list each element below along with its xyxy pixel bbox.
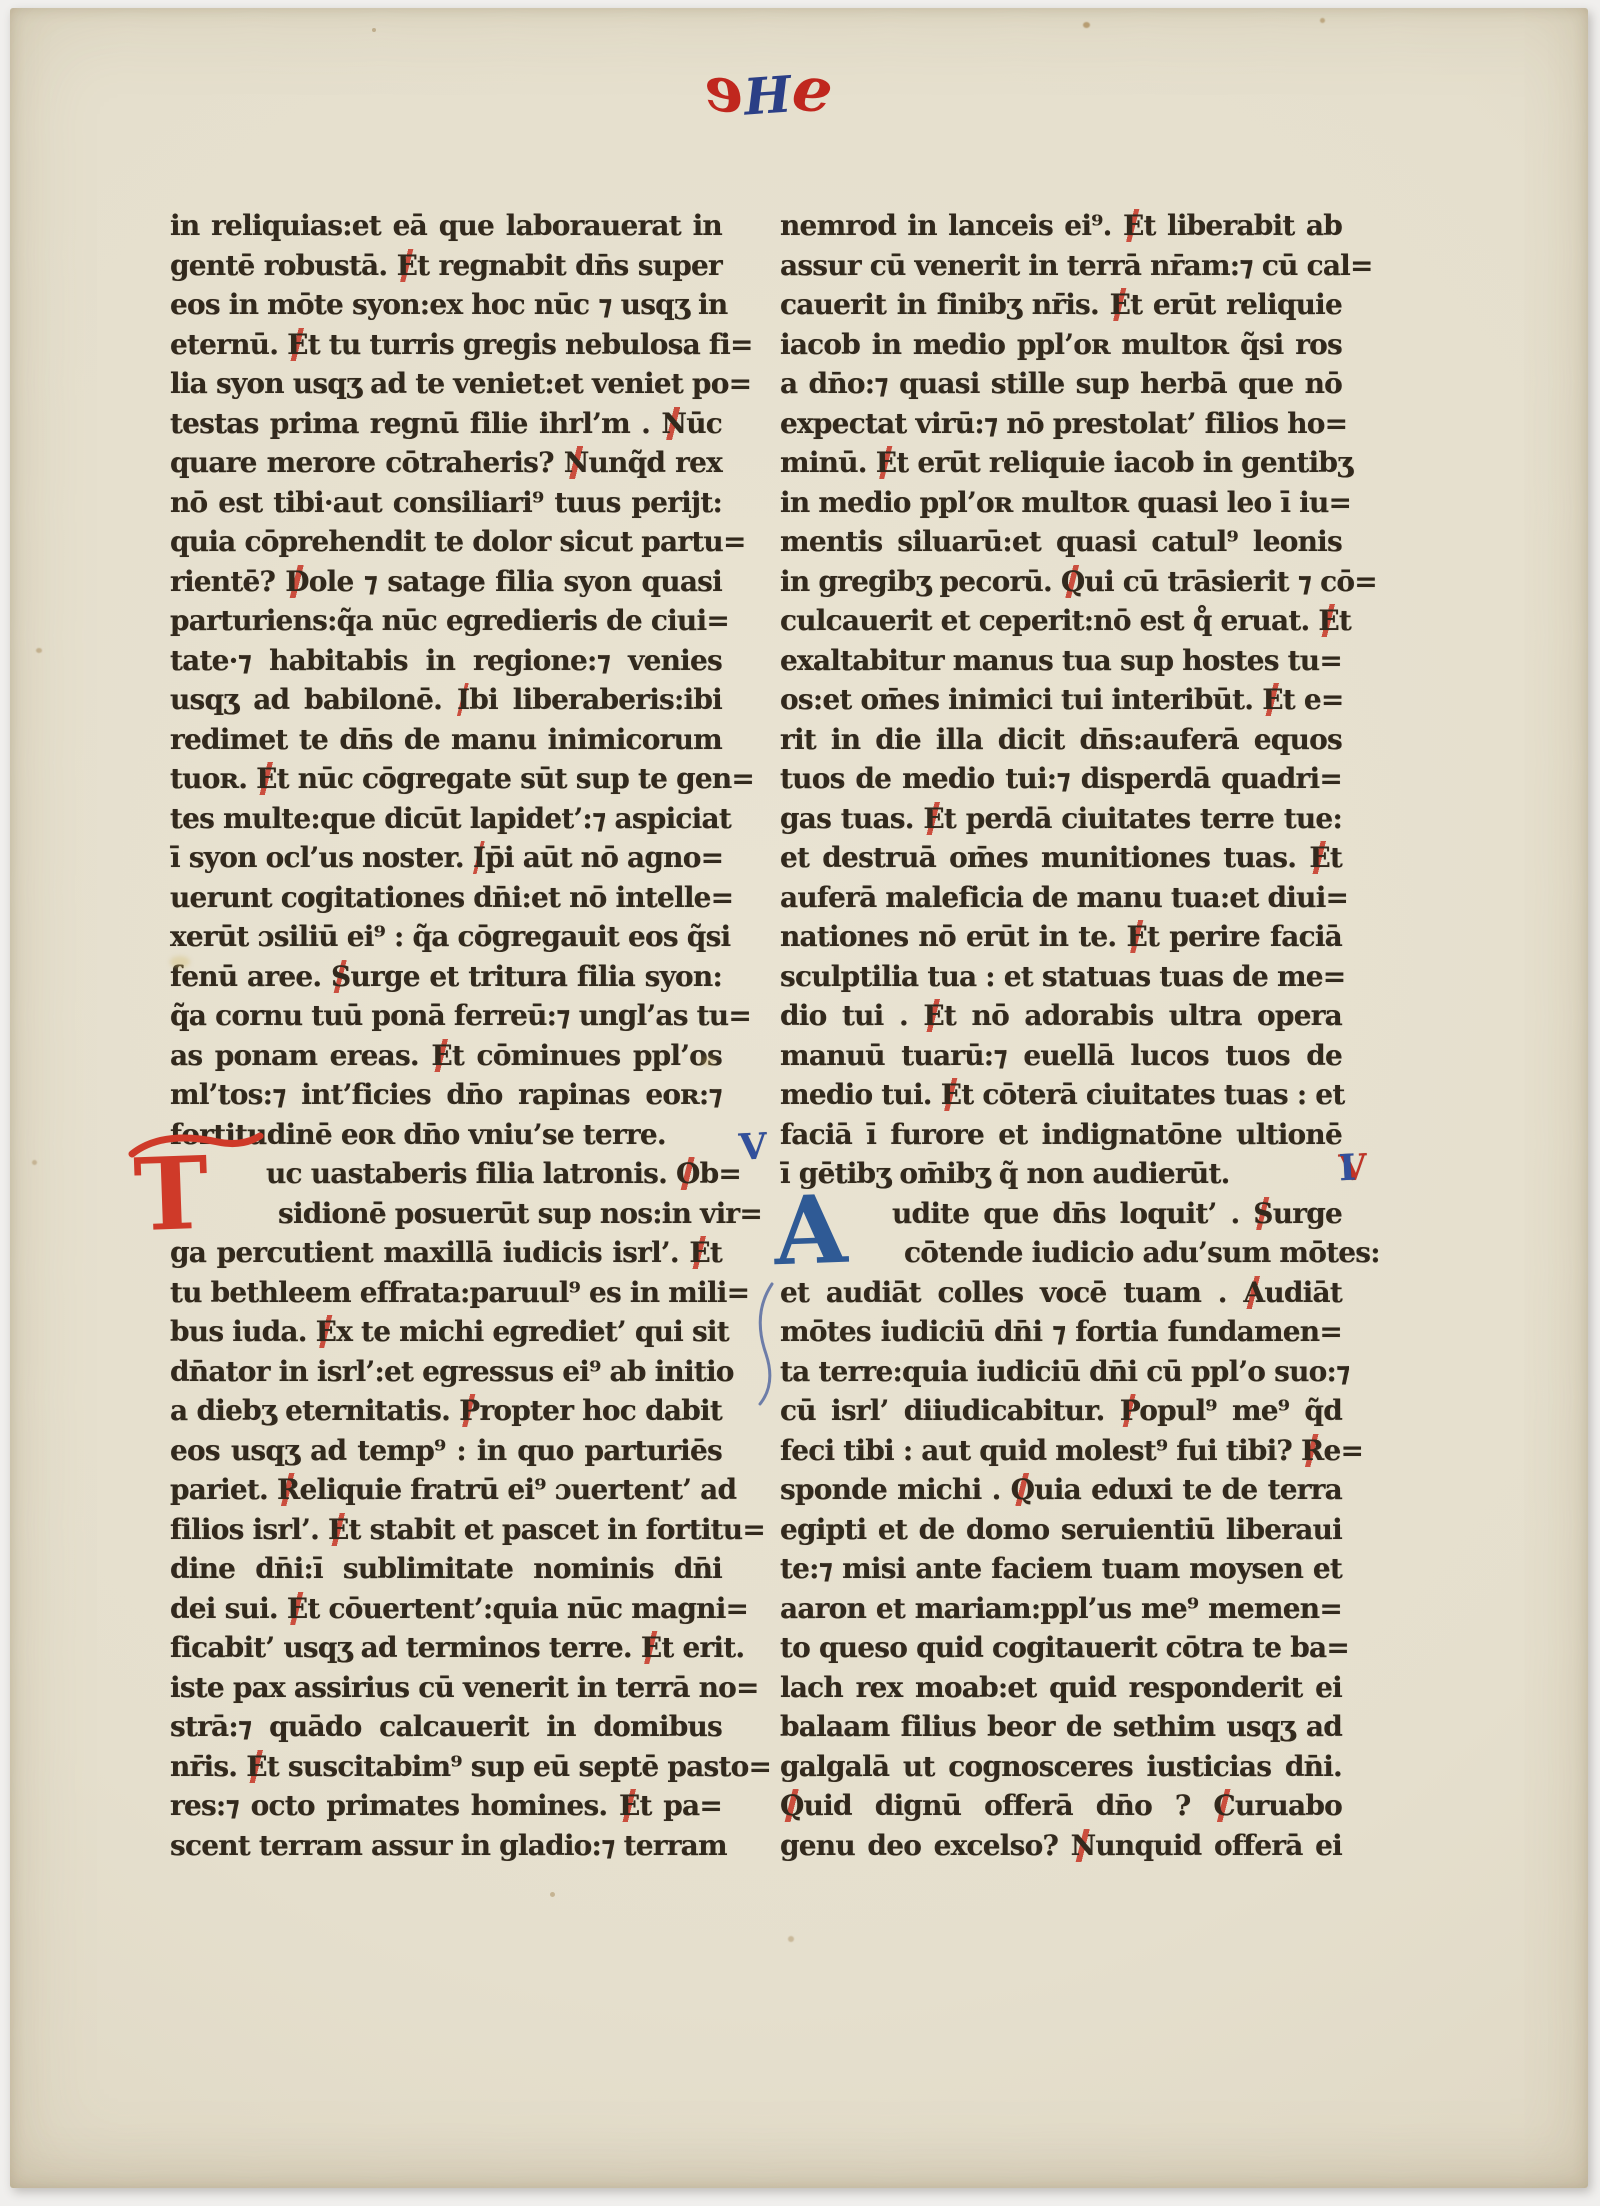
rubricated-capital: E: [1309, 841, 1330, 874]
text-line: rit in die illa dicit dn̄s:auferā equos: [780, 720, 1342, 760]
rubricated-capital: O: [676, 1157, 700, 1190]
text-line: usqʒ ad babilonē. Ibi liberaberis:ibi: [170, 680, 722, 720]
text-line: xerūt ɔsiliū ei⁹ : q̃a cōgregauit eos q̃…: [170, 917, 722, 957]
rubricated-capital: E: [1110, 288, 1131, 321]
text-line: Quid dignū offerā dn̄o ? Curuabo: [780, 1786, 1342, 1826]
text-line: assur cū venerit in terrā nr̄am:⁊ cū cal…: [780, 246, 1342, 286]
text-line: ga percutient maxillā iudicis isrl’. Et: [170, 1233, 722, 1273]
rubricated-capital: E: [876, 446, 897, 479]
text-line: strā:⁊ quādo calcauerit in domibus: [170, 1707, 722, 1747]
rubricated-capital: N: [564, 446, 589, 479]
text-line: tuoʀ. Et nūc cōgregate sūt sup te gen=: [170, 759, 722, 799]
text-line: in medio ppl’oʀ multoʀ quasi leo ī iu=: [780, 483, 1342, 523]
rubricated-capital: E: [641, 1631, 662, 1664]
text-line: nō est tibi·aut consiliari⁹ tuus perijt:: [170, 483, 722, 523]
text-line: nr̄is. Et suscitabim⁹ sup eū septē pasto…: [170, 1747, 722, 1787]
text-line: quare merore cōtraheris? Nunq̃d rex: [170, 443, 722, 483]
text-line: dio tui . Et nō adorabis ultra opera: [780, 996, 1342, 1036]
rubricated-capital: C: [1213, 1789, 1235, 1822]
rubricated-capital: E: [1262, 683, 1283, 716]
text-line: tuos de medio tui:⁊ disperdā quadri=: [780, 759, 1342, 799]
rubricated-capital: N: [661, 407, 686, 440]
text-line: res:⁊ octo primates homines. Et pa=: [170, 1786, 722, 1826]
text-line: ta terre:quia iudiciū dn̄i cū ppl’o suo:…: [780, 1352, 1342, 1392]
text-line: tu bethleem effrata:paruul⁹ es in mili=: [170, 1273, 722, 1313]
text-line: galgalā ut cognosceres iusticias dn̄i.: [780, 1747, 1342, 1787]
text-line: filios isrl’. Et stabit et pascet in for…: [170, 1510, 722, 1550]
rubricated-capital: S: [1253, 1197, 1272, 1230]
text-column-left: in reliquias:et eā que laborauerat ingen…: [170, 206, 722, 1865]
text-line: pariet. Reliquie fratrū ei⁹ ɔuertent’ ad: [170, 1470, 722, 1510]
text-line: iste pax assirius cū venerit in terrā no…: [170, 1668, 722, 1708]
manuscript-page: e H e in reliquias:et eā que laborauerat…: [10, 8, 1588, 2188]
text-line: udite que dn̄s loquit’ . Surge: [892, 1194, 1342, 1234]
text-line: testas prima regnū filie ihrl’m . Nūc: [170, 404, 722, 444]
running-title-glyph: e: [789, 58, 836, 123]
rubricated-capital: E: [1318, 604, 1339, 637]
text-line: et audiāt colles vocē tuam . Audiāt: [780, 1273, 1342, 1313]
rubricated-capital: A: [1243, 1276, 1264, 1309]
text-column-right: nemrod in lanceis ei⁹. Et liberabit abas…: [780, 206, 1342, 1865]
text-line: lia syon usqʒ ad te veniet:et veniet po=: [170, 364, 722, 404]
text-line: egipti et de domo seruientiū liberaui: [780, 1510, 1342, 1550]
text-line: ī syon ocl’us noster. Ip̄i aūt nō agno=: [170, 838, 722, 878]
text-line: fenū aree. Surge et tritura filia syon:: [170, 957, 722, 997]
text-line: dn̄ator in isrl’:et egressus ei⁹ ab init…: [170, 1352, 722, 1392]
rubricated-capital: E: [923, 802, 944, 835]
text-line: scent terram assur in gladio:⁊ terram: [170, 1826, 722, 1866]
text-line: te:⁊ misi ante faciem tuam moysen et: [780, 1549, 1342, 1589]
text-line: ml’tos:⁊ int’ficies dn̄o rapinas eoʀ:⁊: [170, 1075, 722, 1115]
running-title: e H e: [704, 60, 832, 126]
fox-spot: [372, 28, 376, 32]
text-line: eos in mōte syon:ex hoc nūc ⁊ usqʒ in: [170, 285, 722, 325]
fox-spot: [788, 1936, 794, 1942]
text-line: minū. Et erūt reliquie iacob in gentibʒ: [780, 443, 1342, 483]
text-line: aaron et mariam:ppl’us me⁹ memen=: [780, 1589, 1342, 1629]
fox-spot: [1320, 18, 1325, 23]
text-line: eos usqʒ ad temp⁹ : in quo parturiēs: [170, 1431, 722, 1471]
rubricated-capital: Q: [1011, 1473, 1035, 1506]
rubricated-capital: E: [287, 1592, 308, 1625]
text-line: quia cōprehendit te dolor sicut partu=: [170, 522, 722, 562]
fox-spot: [36, 648, 42, 653]
rubricated-capital: E: [1123, 209, 1144, 242]
text-line: cauerit in finibʒ nr̄is. Et erūt reliqui…: [780, 285, 1342, 325]
text-line: sculptilia tua : et statuas tuas de me=: [780, 957, 1342, 997]
text-line: gas tuas. Et perdā ciuitates terre tue:: [780, 799, 1342, 839]
text-line: ficabit’ usqʒ ad terminos terre. Et erit…: [170, 1628, 722, 1668]
text-line: dine dn̄i:ī sublimitate nominis dn̄i: [170, 1549, 722, 1589]
text-line: ī gētibʒ om̄ibʒ q̃ non audierūt.VI: [780, 1154, 1342, 1194]
text-line: expectat virū:⁊ nō prestolat’ filios ho=: [780, 404, 1342, 444]
text-line: gentē robustā. Et regnabit dn̄s super: [170, 246, 722, 286]
rubricated-capital: S: [331, 960, 350, 993]
rubricated-capital: I: [473, 841, 485, 874]
rubricated-capital: E: [328, 1513, 349, 1546]
text-line: sponde michi . Quia eduxi te de terra: [780, 1470, 1342, 1510]
text-line: mōtes iudiciū dn̄i ⁊ fortia fundamen=: [780, 1312, 1342, 1352]
text-line: sidionē posuerūt sup nos:in vir=: [278, 1194, 722, 1234]
text-line: medio tui. Et cōterā ciuitates tuas : et: [780, 1075, 1342, 1115]
decorated-initial-T: T: [134, 1144, 208, 1244]
text-line: et destruā om̄es munitiones tuas. Et: [780, 838, 1342, 878]
rubricated-capital: R: [277, 1473, 299, 1506]
text-line: iacob in medio ppl’oʀ multoʀ q̃si ros: [780, 325, 1342, 365]
fox-spot: [1083, 22, 1090, 28]
text-line: eternū. Et tu turris gregis nebulosa fi=: [170, 325, 722, 365]
text-line: culcauerit et ceperit:nō est q̊ eruat. E…: [780, 601, 1342, 641]
text-line: uerunt cogitationes dn̄i:et nō intelle=: [170, 878, 722, 918]
text-line: feci tibi : aut quid molest⁹ fui tibi? R…: [780, 1431, 1342, 1471]
text-line: uc uastaberis filia latronis. Ob=: [266, 1154, 722, 1194]
rubricated-capital: E: [1127, 920, 1148, 953]
text-line: cū isrl’ diiudicabitur. Popul⁹ me⁹ q̃d: [780, 1391, 1342, 1431]
text-line: rientē? Dole ⁊ satage filia syon quasi: [170, 562, 722, 602]
text-line: parturiens:q̃a nūc egredieris de ciui=: [170, 601, 722, 641]
rubricated-capital: E: [316, 1315, 337, 1348]
text-line: redimet te dn̄s de manu inimicorum: [170, 720, 722, 760]
rubricated-capital: E: [287, 328, 308, 361]
rubricated-capital: E: [689, 1236, 710, 1269]
text-line: fortitudinē eoʀ dn̄o vniu’se terre.V: [170, 1115, 722, 1155]
rubricated-capital: E: [397, 249, 418, 282]
text-line: cōtende iudicio adu’sum mōtes:: [904, 1233, 1342, 1273]
text-line: tes multe:que dicūt lapidet’:⁊ aspiciat: [170, 799, 722, 839]
rubricated-capital: E: [246, 1750, 267, 1783]
text-line: balaam filius beor de sethim usqʒ ad: [780, 1707, 1342, 1747]
text-line: faciā ī furore et indignatōne ultionē: [780, 1115, 1342, 1155]
text-line: as ponam ereas. Et cōminues ppl’os: [170, 1036, 722, 1076]
rubricated-capital: E: [923, 999, 944, 1032]
text-line: dei sui. Et cōuertent’:quia nūc magni=: [170, 1589, 722, 1629]
rubricated-capital: P: [1120, 1394, 1140, 1427]
text-line: mentis siluarū:et quasi catul⁹ leonis: [780, 522, 1342, 562]
running-title-glyph: e: [701, 58, 747, 122]
text-line: auferā maleficia de manu tua:et diui=: [780, 878, 1342, 918]
text-line: to queso quid cogitauerit cōtra te ba=: [780, 1628, 1342, 1668]
decorated-initial-A: A: [774, 1184, 847, 1278]
rubricated-capital: E: [431, 1039, 452, 1072]
rubricated-capital: E: [619, 1789, 640, 1822]
text-line: exaltabitur manus tua sup hostes tu=: [780, 641, 1342, 681]
rubricated-capital: P: [459, 1394, 479, 1427]
text-line: tate·⁊ habitabis in regione:⁊ venies: [170, 641, 722, 681]
text-line: q̃a cornu tuū ponā ferreū:⁊ ungl’as tu=: [170, 996, 722, 1036]
rubricated-capital: E: [256, 762, 277, 795]
rubricated-capital: D: [285, 565, 308, 598]
fox-spot: [550, 1892, 555, 1897]
rubricated-capital: Q: [1061, 565, 1085, 598]
text-line: nemrod in lanceis ei⁹. Et liberabit ab: [780, 206, 1342, 246]
text-line: a diebʒ eternitatis. Propter hoc dabit: [170, 1391, 722, 1431]
text-line: a dn̄o:⁊ quasi stille sup herbā que nō: [780, 364, 1342, 404]
text-line: bus iuda. Ex te michi egrediet’ qui sit: [170, 1312, 722, 1352]
scanned-document: { "page": { "description": "Incunabulum …: [0, 0, 1600, 2206]
text-line: nationes nō erūt in te. Et perire faciā: [780, 917, 1342, 957]
rubricated-capital: N: [1071, 1829, 1096, 1862]
rubricated-capital: Q: [780, 1789, 804, 1822]
rubricated-capital: R: [1301, 1434, 1323, 1467]
text-line: in reliquias:et eā que laborauerat in: [170, 206, 722, 246]
text-line: genu deo excelso? Nunquid offerā ei: [780, 1826, 1342, 1866]
text-line: manuū tuarū:⁊ euellā lucos tuos de: [780, 1036, 1342, 1076]
text-line: lach rex moab:et quid responderit ei: [780, 1668, 1342, 1708]
rubricated-capital: E: [941, 1078, 962, 1111]
running-title-glyph: H: [742, 64, 793, 127]
text-line: in gregibʒ pecorū. Qui cū trāsierit ⁊ cō…: [780, 562, 1342, 602]
fox-spot: [32, 1160, 37, 1165]
rubricated-capital: I: [457, 683, 469, 716]
text-line: os:et om̄es inimici tui interibūt. Et e=: [780, 680, 1342, 720]
